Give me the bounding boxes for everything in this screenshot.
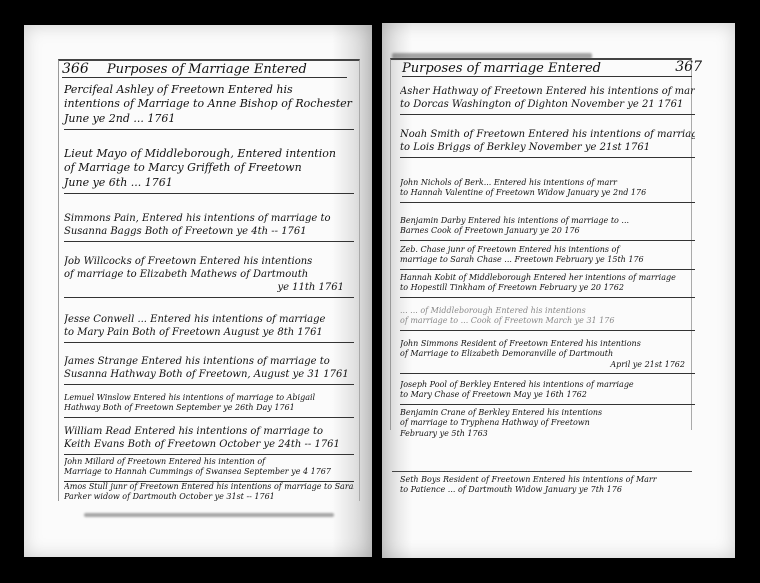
register-entry: William Read Entered his intentions of m… [64,425,354,455]
register-entry: Amos Stull junr of Freetown Entered his … [64,482,354,506]
register-entry: Lemuel Winslow Entered his intentions of… [64,393,354,418]
page-header: 366 Purposes of Marriage Entered [62,61,347,78]
register-entry: James Strange Entered his intentions of … [64,355,354,385]
left-page: 366 Purposes of Marriage Entered Percife… [24,25,372,557]
register-entry: Benjamin Crane of Berkley Entered his in… [400,408,695,442]
page-number: 367 [675,59,702,75]
register-entry: Noah Smith of Freetown Entered his inten… [400,128,695,158]
register-entry: Jesse Conwell ... Entered his intentions… [64,313,354,343]
register-entry: Seth Boys Resident of Freetown Entered h… [400,475,700,499]
page-header: Purposes of marriage Entered 367 [402,61,692,77]
header-title: Purposes of Marriage Entered [107,62,307,77]
register-entry: John Millard of Freetown Entered his int… [64,457,354,482]
register-entry: Lieut Mayo of Middleborough, Entered int… [64,147,354,194]
ruled-line [392,471,692,472]
register-entry: Job Willcocks of Freetown Entered his in… [64,255,354,298]
register-entry: Asher Hathway of Freetown Entered his in… [400,85,695,115]
header-title: Purposes of marriage Entered [402,61,601,76]
register-entry: Zeb. Chase junr of Freetown Entered his … [400,245,695,270]
ink-smudge [84,513,334,517]
right-page: Purposes of marriage Entered 367 Asher H… [382,23,735,558]
register-entry: Hannah Kobit of Middleborough Entered he… [400,273,695,298]
register-entry: John Nichols of Berk... Entered his inte… [400,178,695,203]
register-entry: Simmons Pain, Entered his intentions of … [64,212,354,242]
register-entry: Benjamin Darby Entered his intentions of… [400,216,695,241]
page-number: 366 [62,61,89,77]
register-entry: Joseph Pool of Berkley Entered his inten… [400,380,695,405]
register-entry: Percifeal Ashley of Freetown Entered his… [64,83,354,130]
register-entry: John Simmons Resident of Freetown Entere… [400,339,695,374]
register-entry-faded: ... ... of Middleborough Entered his int… [400,306,695,331]
